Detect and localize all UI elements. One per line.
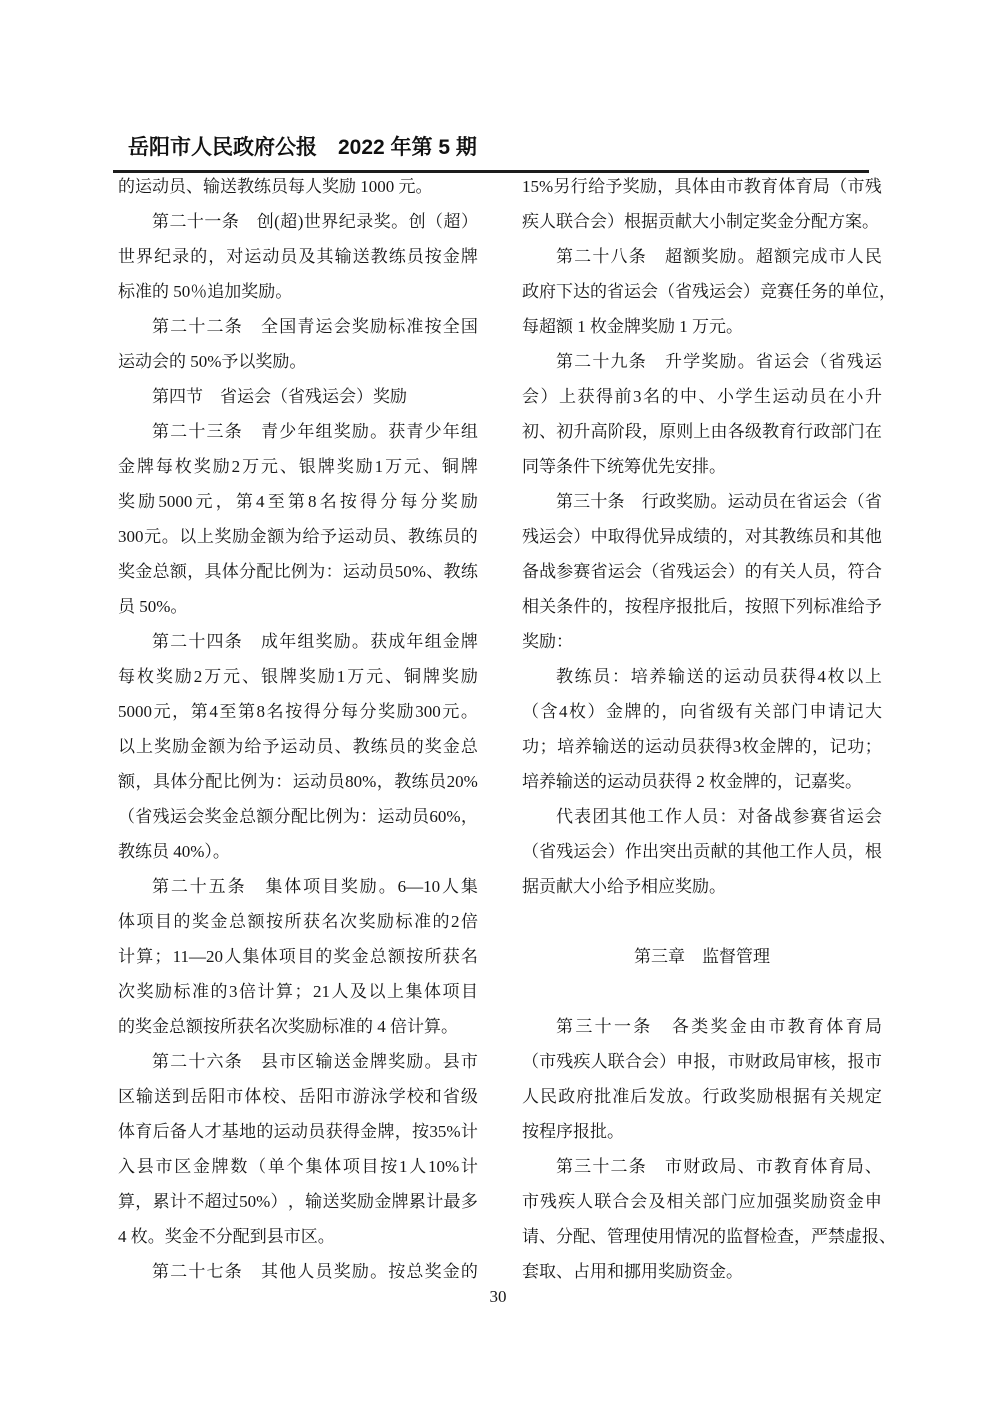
text-line: 奖励5000元，第4至第8名按得分每分奖励 [118,484,478,519]
text-line: 政府下达的省运会（省残运会）竞赛任务的单位， [522,274,882,309]
blank-line [522,904,882,939]
text-line: 按程序报批。 [522,1114,882,1149]
text-line: 第二十五条集体项目奖励。6—10人集 [118,869,478,904]
text-line: 员 50%。 [118,589,478,624]
text-line: 功；培养输送的运动员获得3枚金牌的，记功； [522,729,882,764]
text-line: 计算；11—20人集体项目的奖金总额按所获名 [118,939,478,974]
text-line: 次奖励标准的3倍计算；21人及以上集体项目 [118,974,478,1009]
text-line: 体育后备人才基地的运动员获得金牌，按35%计 [118,1114,478,1149]
text-line: 相关条件的，按程序报批后，按照下列标准给予 [522,589,882,624]
text-line: 5000元，第4至第8名按得分每分奖励300元。 [118,694,478,729]
text-line: 算，累计不超过50%），输送奖励金牌累计最多 [118,1184,478,1219]
text-line: 第二十一条创(超)世界纪录奖。创（超） [118,204,478,239]
text-line: 金牌每枚奖励2万元、银牌奖励1万元、铜牌 [118,449,478,484]
text-line: 体项目的奖金总额按所获名次奖励标准的2倍 [118,904,478,939]
text-line: 第二十三条青少年组奖励。获青少年组 [118,414,478,449]
text-line: 初、初升高阶段，原则上由各级教育行政部门在 [522,414,882,449]
text-line: （含4枚）金牌的，向省级有关部门申请记大 [522,694,882,729]
text-line: （省残运会奖金总额分配比例为：运动员60%， [118,799,478,834]
text-line: 每枚奖励2万元、银牌奖励1万元、铜牌奖励 [118,659,478,694]
text-line: 入县市区金牌数（单个集体项目按1人10%计 [118,1149,478,1184]
text-line: 残运会）中取得优异成绩的，对其教练员和其他 [522,519,882,554]
text-line: 300元。以上奖励金额为给予运动员、教练员的 [118,519,478,554]
text-line: 以上奖励金额为给予运动员、教练员的奖金总 [118,729,478,764]
text-line: 人民政府批准后发放。行政奖励根据有关规定 [522,1079,882,1114]
text-line: 每超额 1 枚金牌奖励 1 万元。 [522,309,882,344]
text-line: 疾人联合会）根据贡献大小制定奖金分配方案。 [522,204,882,239]
text-line: 运动会的 50%予以奖励。 [118,344,478,379]
right-column: 15%另行给予奖励，具体由市教育体育局（市残疾人联合会）根据贡献大小制定奖金分配… [522,169,882,1289]
text-line: 第二十八条超额奖励。超额完成市人民 [522,239,882,274]
text-line: 奖励： [522,624,882,659]
text-line: 会）上获得前3名的中、小学生运动员在小升 [522,379,882,414]
text-line: 第三十条行政奖励。运动员在省运会（省 [522,484,882,519]
text-line: 同等条件下统筹优先安排。 [522,449,882,484]
text-line: （省残运会）作出突出贡献的其他工作人员，根 [522,834,882,869]
text-line: 区输送到岳阳市体校、岳阳市游泳学校和省级 [118,1079,478,1114]
text-line: 培养输送的运动员获得 2 枚金牌的，记嘉奖。 [522,764,882,799]
text-line: 备战参赛省运会（省残运会）的有关人员，符合 [522,554,882,589]
text-line: 第二十七条其他人员奖励。按总奖金的 [118,1254,478,1289]
text-line: 的运动员、输送教练员每人奖励 1000 元。 [118,169,478,204]
text-line: 第三十二条市财政局、市教育体育局、 [522,1149,882,1184]
text-line: 奖金总额，具体分配比例为：运动员50%、教练 [118,554,478,589]
text-line: 教练员：培养输送的运动员获得4枚以上 [522,659,882,694]
text-line: 请、分配、管理使用情况的监督检查，严禁虚报、 [522,1219,882,1254]
text-line: 教练员 40%）。 [118,834,478,869]
text-line: 的奖金总额按所获名次奖励标准的 4 倍计算。 [118,1009,478,1044]
page-number: 30 [118,1288,878,1306]
gazette-page: 岳阳市人民政府公报 2022 年第 5 期 的运动员、输送教练员每人奖励 100… [0,0,992,1403]
text-line: 代表团其他工作人员：对备战参赛省运会 [522,799,882,834]
text-line: 4 枚。奖金不分配到县市区。 [118,1219,478,1254]
section-heading: 第三章 监督管理 [522,939,882,974]
text-line: 世界纪录的，对运动员及其输送教练员按金牌 [118,239,478,274]
text-line: 15%另行给予奖励，具体由市教育体育局（市残 [522,169,882,204]
text-line: 第二十六条县市区输送金牌奖励。县市 [118,1044,478,1079]
text-line: 第二十四条成年组奖励。获成年组金牌 [118,624,478,659]
text-line: 第二十二条全国青运会奖励标准按全国 [118,309,478,344]
left-column: 的运动员、输送教练员每人奖励 1000 元。第二十一条创(超)世界纪录奖。创（超… [118,169,478,1289]
text-line: 第二十九条升学奖励。省运会（省残运 [522,344,882,379]
text-line: 市残疾人联合会及相关部门应加强奖励资金申 [522,1184,882,1219]
text-line: 套取、占用和挪用奖励资金。 [522,1254,882,1289]
text-line: 标准的 50％追加奖励。 [118,274,478,309]
text-line: 额，具体分配比例为：运动员80%，教练员20% [118,764,478,799]
blank-line [522,974,882,1009]
text-line: （市残疾人联合会）申报，市财政局审核，报市 [522,1044,882,1079]
text-line: 第三十一条各类奖金由市教育体育局 [522,1009,882,1044]
page-header-title: 岳阳市人民政府公报 2022 年第 5 期 [128,136,477,160]
text-line: 据贡献大小给予相应奖励。 [522,869,882,904]
text-line: 第四节 省运会（省残运会）奖励 [118,379,478,414]
two-column-body: 的运动员、输送教练员每人奖励 1000 元。第二十一条创(超)世界纪录奖。创（超… [118,169,882,1289]
